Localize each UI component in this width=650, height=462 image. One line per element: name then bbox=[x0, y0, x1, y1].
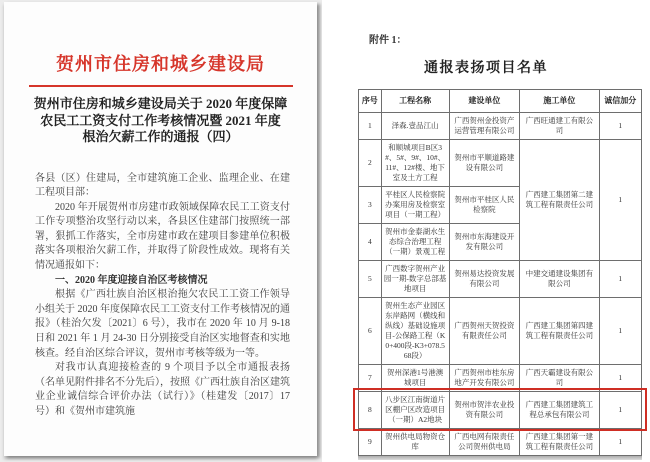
document-title-line-1: 贺州市住房和城乡建设局关于 2020 年度保障 bbox=[4, 96, 317, 113]
cell-no: 2 bbox=[359, 140, 382, 187]
cell-builder: 贺州市平顺道路建设有限公司 bbox=[449, 140, 520, 187]
cell-score: 1 bbox=[599, 261, 641, 298]
table-title: 通报表扬项目名单 bbox=[322, 57, 650, 77]
salutation: 各县（区）住建局，全市建筑施工企业、监理企业、在建工程项目部： bbox=[35, 172, 290, 201]
cell-no: 8 bbox=[359, 392, 382, 429]
table-row: 2 和顺城项目B区3#、5#、9#、10#、11#、12#楼、地下室及土方工程 … bbox=[359, 140, 642, 187]
table-row-highlighted: 8 八步区江南街道片区棚户区改造项目（一期）A2地块 贺州市贺沣农业投资有限公司… bbox=[359, 392, 642, 429]
cell-project: 贺州深港1号港澳城项目 bbox=[381, 365, 449, 392]
table-row: 1 泽森.壹品江山 广西贺州金投资产运营管理有限公司 广西旺通建工有限公司 1 bbox=[359, 113, 642, 140]
cell-project: 贺州生态产业园区东岸路网（横线和纵线）基础设施项目-公保路工程（K0+400段-… bbox=[381, 298, 449, 365]
cell-no: 5 bbox=[359, 261, 382, 298]
document-title: 贺州市住房和城乡建设局关于 2020 年度保障 农民工工资支付工作考核情况暨 2… bbox=[4, 96, 317, 146]
paragraph: 根据《广西壮族自治区根治拖欠农民工工资工作领导小组关于 2020 年度保障农民工… bbox=[35, 288, 290, 361]
cell-contractor: 广西建工集团第四建筑工程有限责任公司 bbox=[520, 298, 599, 365]
column-header-project: 工程名称 bbox=[381, 90, 449, 113]
table-row: 7 贺州深港1号港澳城项目 广西贺州市桂东房地产开发有限公司 广西天霸建设有限公… bbox=[359, 365, 642, 392]
table-container: 序号 工程名称 建设单位 施工单位 诚信加分 1 泽森.壹品江山 广西贺州金投资… bbox=[358, 89, 642, 460]
paragraph: 2020 年开展贺州市房建市政领域保障农民工工资支付工作专项整治攻坚行动以来，各… bbox=[35, 201, 290, 274]
column-header-contractor: 施工单位 bbox=[520, 90, 599, 113]
cell-project: 广西数字贺州产业园一期-数字总部基地项目 bbox=[381, 261, 449, 298]
cell-builder: 贺州市平桂区人民检察院 bbox=[449, 187, 520, 224]
cell-contractor: 广西建工集团第一建筑工程有限责任公司 bbox=[520, 429, 599, 456]
table-row: 6 贺州生态产业园区东岸路网（横线和纵线）基础设施项目-公保路工程（K0+400… bbox=[359, 298, 642, 365]
cell-no: 3 bbox=[359, 187, 382, 224]
cell-builder: 广西贺州金投资产运营管理有限公司 bbox=[449, 113, 520, 140]
table-header-row: 序号 工程名称 建设单位 施工单位 诚信加分 bbox=[359, 90, 642, 113]
table-row: 9 贺州供电局物资仓库 广西电网有限责任公司贺州供电局 广西建工集团第一建筑工程… bbox=[359, 429, 642, 456]
column-header-score: 诚信加分 bbox=[599, 90, 641, 113]
section-heading: 一、2020 年度迎接自治区考核情况 bbox=[35, 274, 290, 289]
cell-no: 1 bbox=[359, 113, 382, 140]
cell-project: 贺州市金泰湖水生态综合治理工程（一期）景观工程 bbox=[381, 224, 449, 261]
document-title-line-3: 根治欠薪工作的通报（四） bbox=[4, 129, 317, 146]
cell-no: 4 bbox=[359, 224, 382, 261]
projects-table: 序号 工程名称 建设单位 施工单位 诚信加分 1 泽森.壹品江山 广西贺州金投资… bbox=[358, 89, 642, 456]
cell-score: 1 bbox=[599, 429, 641, 456]
cell-project: 平桂区人民检察院办案用房及检察室项目（一期工程） bbox=[381, 187, 449, 224]
right-document-page: 附件 1： 通报表扬项目名单 序号 工程名称 建设单位 施工单位 诚信加分 1 … bbox=[322, 0, 650, 462]
cell-contractor: 广西旺通建工有限公司 bbox=[520, 113, 599, 140]
cell-score: 1 bbox=[599, 392, 641, 429]
page-bottom-shadow bbox=[358, 456, 642, 460]
cell-contractor: 中建交通建设集团有限公司 bbox=[520, 261, 599, 298]
cell-builder: 广西贺州天贺投资有限责任公司 bbox=[449, 298, 520, 365]
cell-no: 6 bbox=[359, 298, 382, 365]
cell-builder: 贺州市贺沣农业投资有限公司 bbox=[449, 392, 520, 429]
paragraph: 对我市认真迎接检查的 9 个项目予以全市通报表扬（名单见附件排名不分先后），按照… bbox=[35, 361, 290, 419]
cell-score: 1 bbox=[599, 298, 641, 365]
cell-builder: 广西电网有限责任公司贺州供电局 bbox=[449, 429, 520, 456]
cell-score-merged: 1 bbox=[599, 140, 641, 261]
cell-contractor-merged: 广西建工集团第二建筑工程有限责任公司 bbox=[520, 140, 599, 261]
column-header-builder: 建设单位 bbox=[449, 90, 520, 113]
cell-project: 和顺城项目B区3#、5#、9#、10#、11#、12#楼、地下室及土方工程 bbox=[381, 140, 449, 187]
red-divider bbox=[29, 85, 293, 87]
table-row: 5 广西数字贺州产业园一期-数字总部基地项目 贺州易达投资发展有限公司 中建交通… bbox=[359, 261, 642, 298]
left-document-page: 贺州市住房和城乡建设局 贺州市住房和城乡建设局关于 2020 年度保障 农民工工… bbox=[4, 2, 317, 456]
cell-score: 1 bbox=[599, 365, 641, 392]
agency-header: 贺州市住房和城乡建设局 bbox=[4, 50, 317, 76]
attachment-label: 附件 1： bbox=[369, 31, 650, 46]
cell-builder: 贺州市东海建设开发有限公司 bbox=[449, 224, 520, 261]
column-header-no: 序号 bbox=[359, 90, 382, 113]
cell-contractor: 广西建工集团建筑工程总承包有限公司 bbox=[520, 392, 599, 429]
document-title-line-2: 农民工工资支付工作考核情况暨 2021 年度 bbox=[4, 113, 317, 130]
cell-builder: 贺州易达投资发展有限公司 bbox=[449, 261, 520, 298]
cell-project: 贺州供电局物资仓库 bbox=[381, 429, 449, 456]
document-body: 各县（区）住建局，全市建筑施工企业、监理企业、在建工程项目部： 2020 年开展… bbox=[35, 172, 290, 420]
cell-no: 7 bbox=[359, 365, 382, 392]
cell-no: 9 bbox=[359, 429, 382, 456]
cell-contractor: 广西天霸建设有限公司 bbox=[520, 365, 599, 392]
cell-project: 八步区江南街道片区棚户区改造项目（一期）A2地块 bbox=[381, 392, 449, 429]
cell-builder: 广西贺州市桂东房地产开发有限公司 bbox=[449, 365, 520, 392]
cell-project: 泽森.壹品江山 bbox=[381, 113, 449, 140]
cell-score: 1 bbox=[599, 113, 641, 140]
